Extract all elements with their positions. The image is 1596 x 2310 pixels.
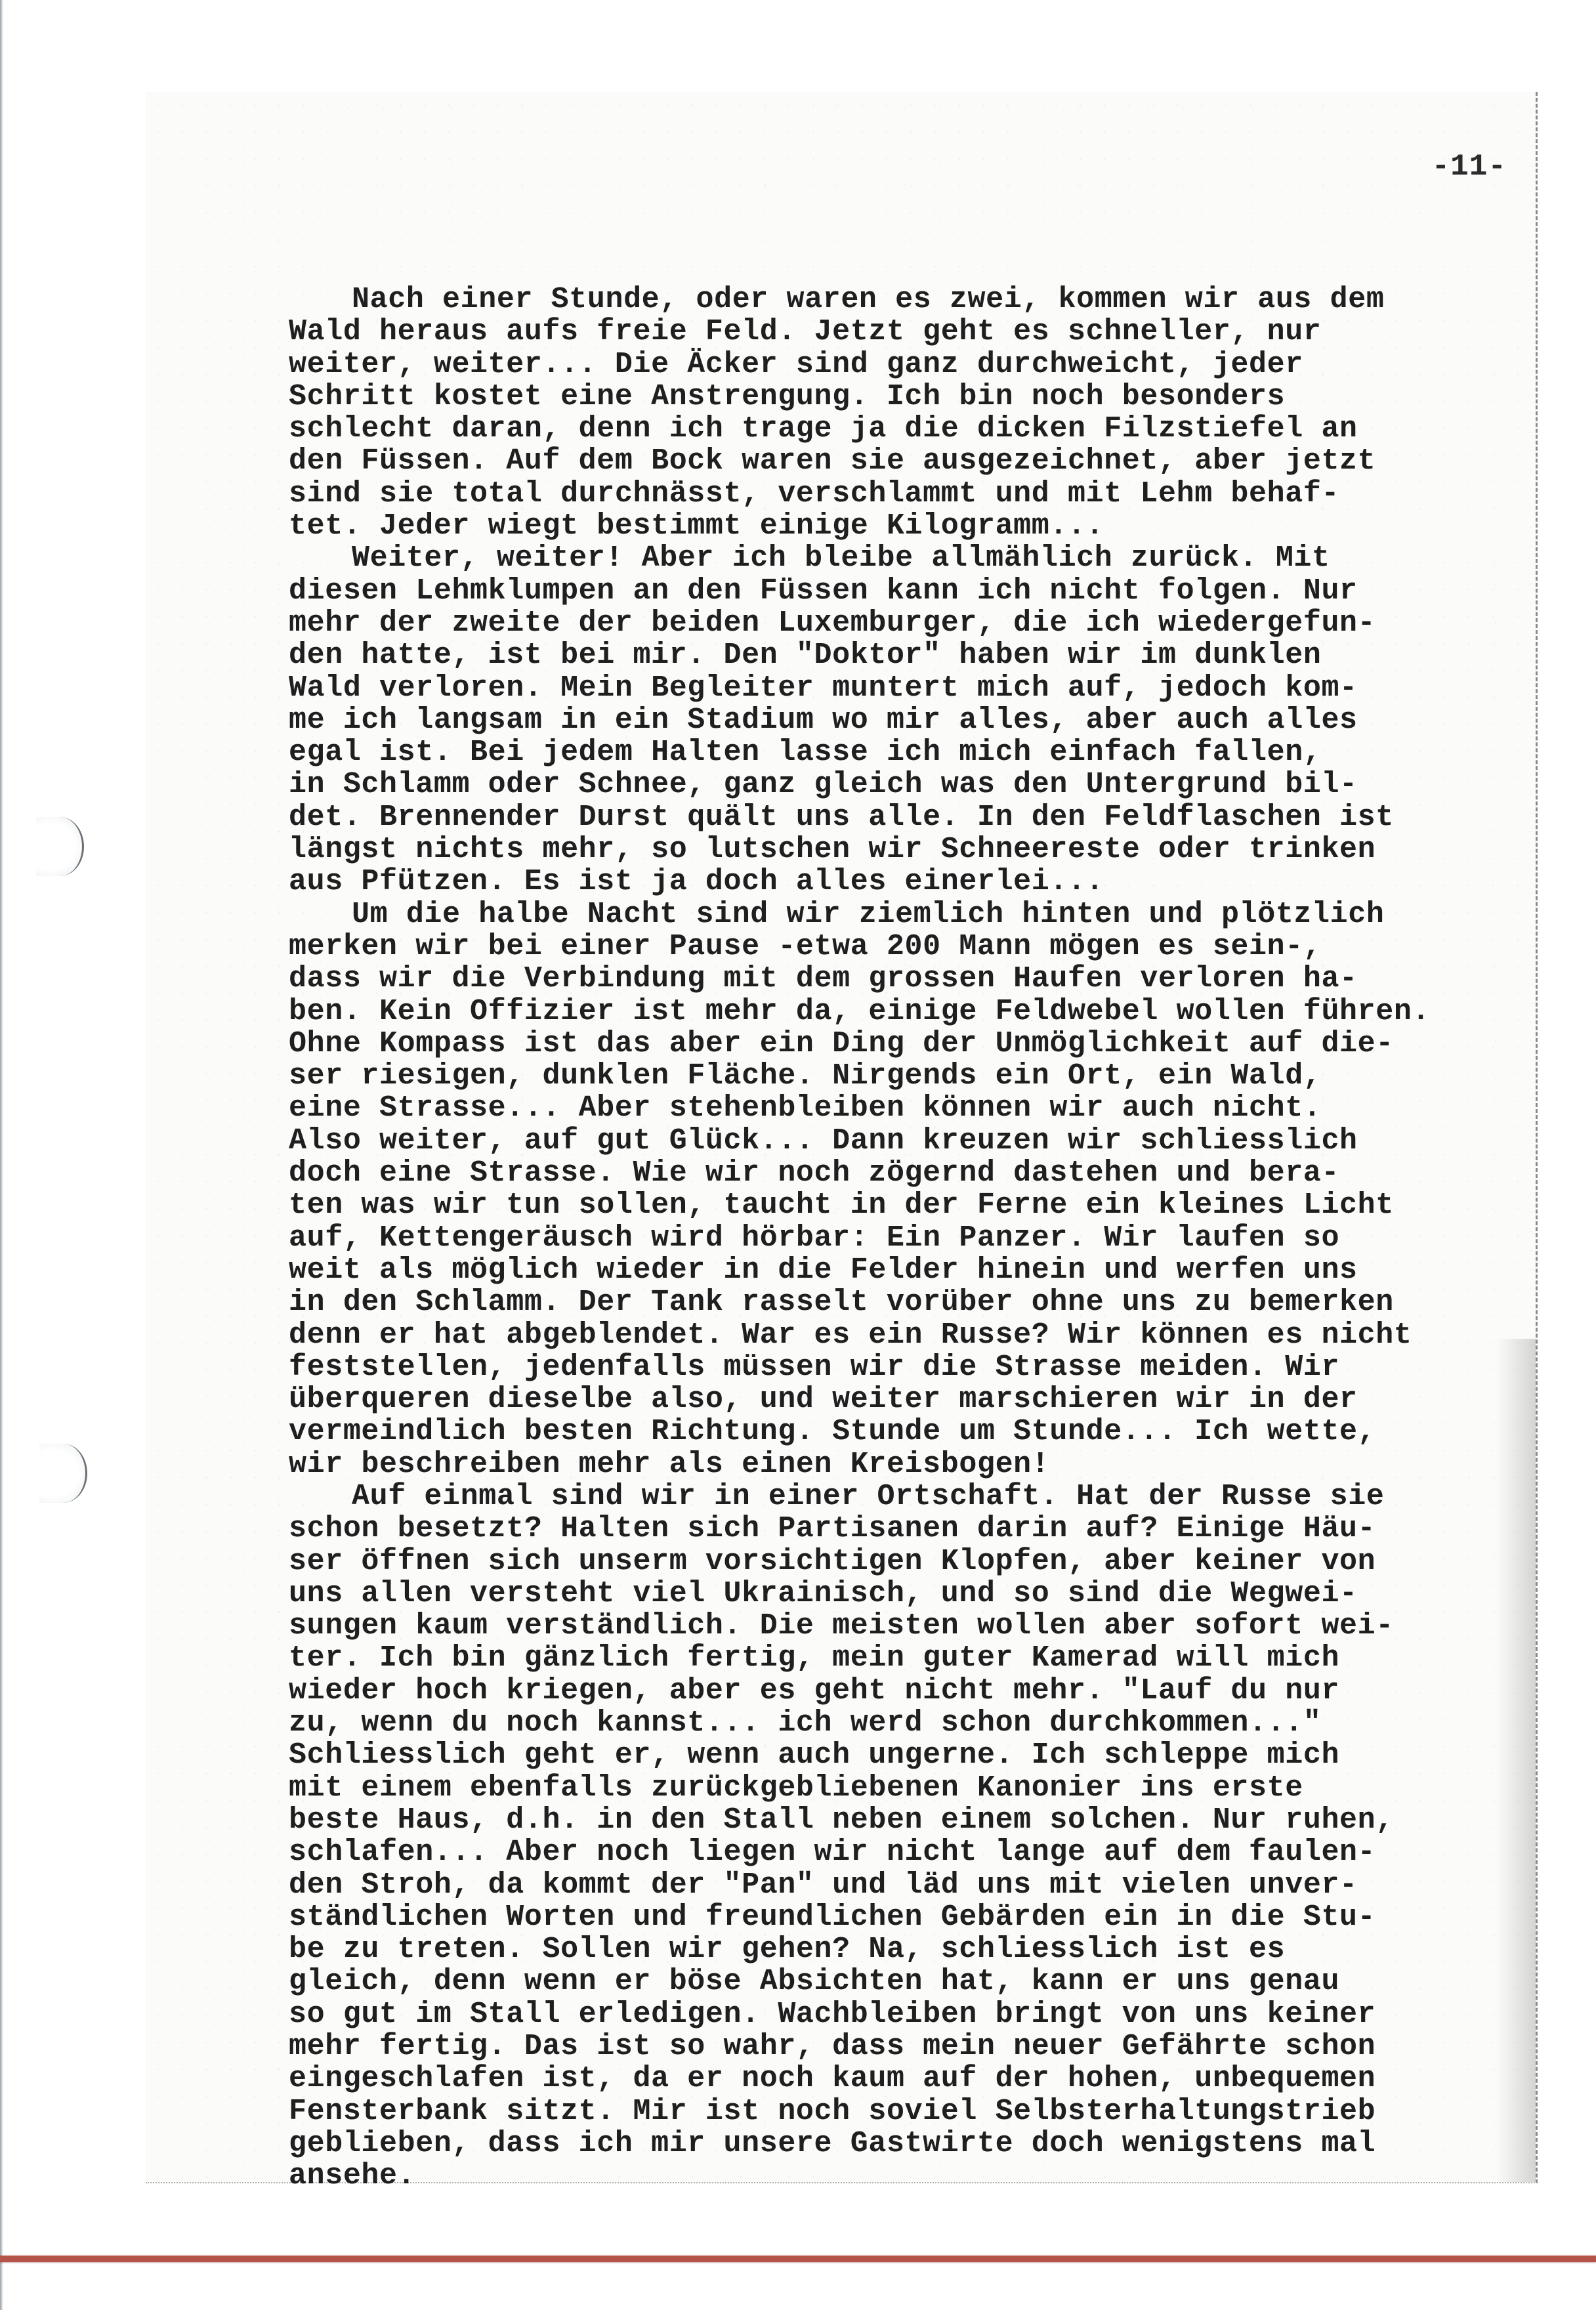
text-line: Wald heraus aufs freie Feld. Jetzt geht … <box>289 316 1536 348</box>
paragraph-first-line: Um die halbe Nacht sind wir ziemlich hin… <box>289 898 1536 931</box>
scan-left-edge <box>0 0 3 2310</box>
text-line: überqueren dieselbe also, und weiter mar… <box>289 1383 1536 1416</box>
footer-rule <box>0 2256 1596 2262</box>
text-line: wir beschreiben mehr als einen Kreisboge… <box>289 1448 1536 1480</box>
text-line: tet. Jeder wiegt bestimmt einige Kilogra… <box>289 510 1536 542</box>
text-line: weit als möglich wieder in die Felder hi… <box>289 1254 1536 1286</box>
text-line: be zu treten. Sollen wir gehen? Na, schl… <box>289 1933 1536 1965</box>
text-line: den Füssen. Auf dem Bock waren sie ausge… <box>289 445 1536 477</box>
text-line: uns allen versteht viel Ukrainisch, und … <box>289 1578 1536 1610</box>
text-line: vermeindlich besten Richtung. Stunde um … <box>289 1416 1536 1448</box>
text-line: ben. Kein Offizier ist mehr da, einige F… <box>289 996 1536 1028</box>
text-line: diesen Lehmklumpen an den Füssen kann ic… <box>289 575 1536 607</box>
text-line: den hatte, ist bei mir. Den "Doktor" hab… <box>289 639 1536 671</box>
text-line: den Stroh, da kommt der "Pan" und läd un… <box>289 1869 1536 1901</box>
paragraph-first-line: Weiter, weiter! Aber ich bleibe allmähli… <box>289 542 1536 574</box>
punch-hole-icon <box>39 1444 87 1503</box>
text-line: Fensterbank sitzt. Mir ist noch soviel S… <box>289 2095 1536 2128</box>
text-line: schlafen... Aber noch liegen wir nicht l… <box>289 1836 1536 1868</box>
page-number: -11- <box>1432 150 1507 184</box>
text-line: Schliesslich geht er, wenn auch ungerne.… <box>289 1739 1536 1771</box>
text-line: eingeschlafen ist, da er noch kaum auf d… <box>289 2063 1536 2095</box>
text-line: wieder hoch kriegen, aber es geht nicht … <box>289 1675 1536 1707</box>
text-line: schlecht daran, denn ich trage ja die di… <box>289 413 1536 445</box>
text-line: Also weiter, auf gut Glück... Dann kreuz… <box>289 1125 1536 1157</box>
text-line: zu, wenn du noch kannst... ich werd scho… <box>289 1707 1536 1739</box>
text-line: so gut im Stall erledigen. Wachbleiben b… <box>289 1998 1536 2030</box>
text-line: längst nichts mehr, so lutschen wir Schn… <box>289 833 1536 866</box>
text-line: schon besetzt? Halten sich Partisanen da… <box>289 1513 1536 1545</box>
text-line: Wald verloren. Mein Begleiter muntert mi… <box>289 672 1536 704</box>
text-line: ser riesigen, dunklen Fläche. Nirgends e… <box>289 1060 1536 1092</box>
punch-hole-icon <box>36 817 84 876</box>
text-line: det. Brennender Durst quält uns alle. In… <box>289 801 1536 833</box>
paragraph-first-line: Auf einmal sind wir in einer Ortschaft. … <box>289 1480 1536 1513</box>
paragraph-first-line: Nach einer Stunde, oder waren es zwei, k… <box>289 283 1536 316</box>
text-line: Schritt kostet eine Anstrengung. Ich bin… <box>289 381 1536 413</box>
text-line: ser öffnen sich unserm vorsichtigen Klop… <box>289 1545 1536 1578</box>
text-line: Ohne Kompass ist das aber ein Ding der U… <box>289 1028 1536 1060</box>
text-line: mehr fertig. Das ist so wahr, dass mein … <box>289 2030 1536 2063</box>
text-line: merken wir bei einer Pause -etwa 200 Man… <box>289 931 1536 963</box>
text-line: feststellen, jedenfalls müssen wir die S… <box>289 1351 1536 1383</box>
text-line: mit einem ebenfalls zurückgebliebenen Ka… <box>289 1772 1536 1804</box>
body-text: Nach einer Stunde, oder waren es zwei, k… <box>289 283 1536 2193</box>
text-line: eine Strasse... Aber stehenbleiben könne… <box>289 1092 1536 1124</box>
text-line: me ich langsam in ein Stadium wo mir all… <box>289 704 1536 736</box>
text-line: dass wir die Verbindung mit dem grossen … <box>289 963 1536 995</box>
text-line: doch eine Strasse. Wie wir noch zögernd … <box>289 1157 1536 1189</box>
text-line: ansehe. <box>289 2160 1536 2192</box>
text-line: ständlichen Worten und freundlichen Gebä… <box>289 1901 1536 1933</box>
text-line: gleich, denn wenn er böse Absichten hat,… <box>289 1965 1536 1998</box>
text-line: denn er hat abgeblendet. War es ein Russ… <box>289 1319 1536 1351</box>
text-line: sind sie total durchnässt, verschlammt u… <box>289 478 1536 510</box>
text-line: auf, Kettengeräusch wird hörbar: Ein Pan… <box>289 1222 1536 1254</box>
text-line: in den Schlamm. Der Tank rasselt vorüber… <box>289 1286 1536 1318</box>
text-line: mehr der zweite der beiden Luxemburger, … <box>289 607 1536 639</box>
text-line: beste Haus, d.h. in den Stall neben eine… <box>289 1804 1536 1836</box>
text-line: in Schlamm oder Schnee, ganz gleich was … <box>289 768 1536 801</box>
text-line: geblieben, dass ich mir unsere Gastwirte… <box>289 2128 1536 2160</box>
text-line: sungen kaum verständlich. Die meisten wo… <box>289 1610 1536 1642</box>
text-line: ter. Ich bin gänzlich fertig, mein guter… <box>289 1642 1536 1674</box>
text-line: aus Pfützen. Es ist ja doch alles einerl… <box>289 866 1536 898</box>
text-line: egal ist. Bei jedem Halten lasse ich mic… <box>289 736 1536 768</box>
text-line: weiter, weiter... Die Äcker sind ganz du… <box>289 348 1536 381</box>
text-line: ten was wir tun sollen, taucht in der Fe… <box>289 1189 1536 1221</box>
